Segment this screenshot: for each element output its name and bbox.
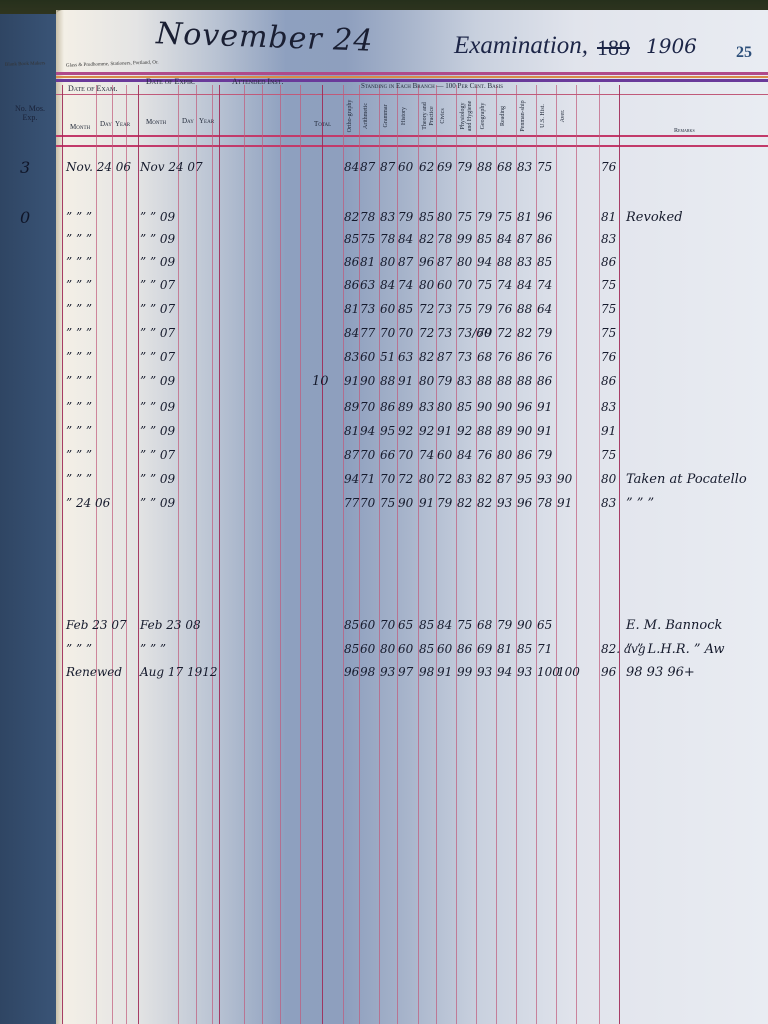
table-row: ” ” ”” ” 09868180879687809488838586 (56, 255, 768, 275)
score-cell: 84 (344, 326, 359, 340)
expir-date: ” ” 09 (140, 400, 175, 414)
score-cell: 68 (477, 350, 492, 364)
table-row: ” ” ”” ” 07866384748060707574847475 (56, 278, 768, 298)
average-value: 75 (601, 448, 616, 462)
date-of-expir-header: Date of Expir. (146, 77, 195, 86)
average-value: 75 (601, 278, 616, 292)
table-row: ” ” ”” ” 09857578848278998584878683 (56, 232, 768, 252)
subject-header: Civics (440, 98, 447, 134)
score-cell: 83 (344, 350, 359, 364)
total-value: 10 (312, 374, 329, 389)
table-row: Feb 23 07Feb 23 088560706585847568799065… (56, 618, 768, 638)
score-cell: 80 (380, 255, 395, 269)
left-page-printer: Blank Book Makers (5, 61, 45, 67)
score-cell: 91 (398, 374, 413, 388)
score-cell: 73 (360, 302, 375, 316)
score-cell: 72 (398, 472, 413, 486)
subject-header: Theory and Practice (422, 98, 436, 134)
score-cell: 85 (537, 255, 552, 269)
average-value: 80 (601, 472, 616, 486)
exam-date: ” ” ” (66, 472, 92, 486)
exam-date: Renewed (66, 665, 122, 679)
header-rule (56, 135, 768, 137)
score-cell: 80 (437, 400, 452, 414)
score-cell: 97 (398, 665, 413, 679)
score-cell: 79 (398, 210, 413, 224)
score-cell: 72 (419, 302, 434, 316)
score-cell: 91 (557, 496, 572, 510)
subject-header: Penman-ship (520, 98, 527, 134)
score-cell: 90 (557, 472, 572, 486)
remarks-text: E. M. Bannock (626, 618, 722, 633)
score-cell: 70 (380, 618, 395, 632)
score-cell: 89 (497, 424, 512, 438)
score-cell: 72 (497, 326, 512, 340)
average-value: 91 (601, 424, 616, 438)
score-cell: 60 (380, 302, 395, 316)
score-cell: 72 (437, 472, 452, 486)
score-cell: 91 (537, 400, 552, 414)
header-rule (56, 145, 768, 147)
score-cell: 88 (477, 374, 492, 388)
score-cell: 69 (437, 160, 452, 174)
score-cell: 88 (380, 374, 395, 388)
score-cell: 68 (477, 618, 492, 632)
table-row: ” ” ”” ” 0994717072807283828795939080Tak… (56, 472, 768, 492)
score-cell: 85 (344, 232, 359, 246)
score-cell: 75 (457, 210, 472, 224)
exam-date: ” ” ” (66, 326, 92, 340)
score-cell: 82 (517, 326, 532, 340)
table-row: ” ” ”” ” 0910919088918079838888888686 (56, 374, 768, 394)
score-cell: 68 (497, 160, 512, 174)
expir-date: Aug 17 1912 (140, 665, 218, 679)
expir-date: ” ” 07 (140, 278, 175, 292)
score-cell: 63 (398, 350, 413, 364)
score-cell: 85 (344, 618, 359, 632)
expir-date: ” ” 07 (140, 326, 175, 340)
exam-date: ” ” ” (66, 255, 92, 269)
score-cell: 96 (419, 255, 434, 269)
expir-date: ” ” 07 (140, 302, 175, 316)
score-cell: 75 (457, 302, 472, 316)
table-row: ” ” ”” ” 09897086898380859090969183 (56, 400, 768, 420)
score-cell: 84 (380, 278, 395, 292)
score-cell: 88 (477, 160, 492, 174)
score-cell: 99 (457, 665, 472, 679)
score-cell: 60 (437, 448, 452, 462)
score-cell: 87 (517, 232, 532, 246)
exam-date: ” ” ” (66, 350, 92, 364)
score-cell: 83 (517, 160, 532, 174)
average-value: 76 (601, 350, 616, 364)
score-cell: 80 (419, 278, 434, 292)
score-cell: 88 (497, 374, 512, 388)
score-cell: 94 (360, 424, 375, 438)
score-cell: 79 (437, 374, 452, 388)
score-cell: 93 (380, 665, 395, 679)
score-cell: 78 (380, 232, 395, 246)
subject-header: Grammar (383, 98, 390, 134)
score-cell: 79 (477, 326, 492, 340)
score-cell: 72 (419, 326, 434, 340)
expir-date: Nov 24 07 (140, 160, 203, 174)
score-cell: 70 (380, 472, 395, 486)
score-cell: 85 (457, 400, 472, 414)
score-cell: 75 (537, 160, 552, 174)
score-cell: 71 (360, 472, 375, 486)
average-value: 86 (601, 374, 616, 388)
exam-date: ” ” ” (66, 278, 92, 292)
page-number: 25 (736, 44, 752, 62)
table-row: ” ” ”” ” 09819495929291928889909191 (56, 424, 768, 444)
score-cell: 87 (398, 255, 413, 269)
expir-year-header: Year (199, 117, 214, 125)
score-cell: 100 (557, 665, 580, 679)
score-cell: 87 (344, 448, 359, 462)
score-cell: 90 (360, 374, 375, 388)
exam-date: Feb 23 07 (66, 618, 127, 632)
score-cell: 94 (497, 665, 512, 679)
exam-day-header: Day (100, 120, 112, 128)
score-cell: 95 (517, 472, 532, 486)
header-rule (56, 72, 768, 75)
score-cell: 80 (437, 210, 452, 224)
score-cell: 90 (477, 400, 492, 414)
score-cell: 79 (497, 618, 512, 632)
score-cell: 82 (477, 472, 492, 486)
score-cell: 60 (360, 350, 375, 364)
score-cell: 94 (477, 255, 492, 269)
expir-date: ” ” 09 (140, 472, 175, 486)
subject-header: Geography (480, 98, 487, 134)
written-year: 1906 (646, 34, 697, 58)
score-cell: 96 (344, 665, 359, 679)
score-cell: 78 (437, 232, 452, 246)
score-cell: 76 (477, 448, 492, 462)
score-cell: 78 (537, 496, 552, 510)
score-cell: 74 (419, 448, 434, 462)
score-cell: 71 (537, 642, 552, 656)
expir-date: ” ” 07 (140, 350, 175, 364)
score-cell: 88 (517, 374, 532, 388)
expir-month-header: Month (146, 118, 166, 126)
score-cell: 70 (360, 400, 375, 414)
expir-date: ” ” 09 (140, 255, 175, 269)
exam-date: ” ” ” (66, 210, 92, 224)
score-cell: 86 (380, 400, 395, 414)
score-cell: 87 (360, 160, 375, 174)
score-cell: 79 (477, 302, 492, 316)
score-cell: 93 (497, 496, 512, 510)
score-cell: 90 (398, 496, 413, 510)
score-cell: 94 (344, 472, 359, 486)
expir-date: ” ” 09 (140, 496, 175, 510)
score-cell: 90 (517, 424, 532, 438)
score-cell: 84 (517, 278, 532, 292)
score-cell: 75 (380, 496, 395, 510)
average-value: 96 (601, 665, 616, 679)
score-cell: 60 (398, 642, 413, 656)
score-cell: 83 (419, 400, 434, 414)
score-cell: 79 (437, 496, 452, 510)
score-cell: 79 (537, 448, 552, 462)
score-cell: 70 (398, 326, 413, 340)
score-cell: 80 (380, 642, 395, 656)
score-cell: 92 (398, 424, 413, 438)
score-cell: 91 (419, 496, 434, 510)
expir-day-header: Day (182, 117, 194, 125)
subject-header: Aver. (560, 98, 567, 134)
score-cell: 76 (537, 350, 552, 364)
score-cell: 82 (477, 496, 492, 510)
exam-date: ” ” ” (66, 400, 92, 414)
months-experience: 0 (20, 208, 30, 227)
score-cell: 70 (360, 448, 375, 462)
score-cell: 75 (457, 618, 472, 632)
score-cell: 75 (497, 210, 512, 224)
score-cell: 98 (360, 665, 375, 679)
score-cell: 84 (344, 160, 359, 174)
table-row: ” ” ”” ” 0784777070727373/607972827975 (56, 326, 768, 346)
exam-date: ” ” ” (66, 232, 92, 246)
score-cell: 60 (437, 642, 452, 656)
score-cell: 60 (360, 642, 375, 656)
score-cell: 92 (419, 424, 434, 438)
score-cell: 74 (537, 278, 552, 292)
score-cell: 82 (344, 210, 359, 224)
score-cell: 73 (437, 302, 452, 316)
table-row: ” ” ”” ” 07817360857273757976886475 (56, 302, 768, 322)
score-cell: 91 (344, 374, 359, 388)
score-cell: 93 (477, 665, 492, 679)
score-cell: 76 (497, 350, 512, 364)
score-cell: 87 (437, 255, 452, 269)
score-cell: 79 (457, 160, 472, 174)
score-cell: 99 (457, 232, 472, 246)
score-cell: 95 (380, 424, 395, 438)
score-cell: 85 (419, 210, 434, 224)
score-cell: 85 (477, 232, 492, 246)
score-cell: 96 (517, 496, 532, 510)
table-row: RenewedAug 17 19129698939798919993949310… (56, 665, 768, 685)
remarks-text: 98 93 96+ (626, 665, 695, 680)
score-cell: 88 (477, 424, 492, 438)
score-cell: 82 (419, 350, 434, 364)
score-cell: 84 (398, 232, 413, 246)
score-cell: 84 (497, 232, 512, 246)
score-cell: 80 (457, 255, 472, 269)
average-value: 83 (601, 232, 616, 246)
score-cell: 86 (537, 232, 552, 246)
score-cell: 88 (517, 302, 532, 316)
score-cell: 60 (437, 278, 452, 292)
header-rule (56, 94, 768, 95)
score-cell: 70 (360, 496, 375, 510)
score-cell: 73 (437, 326, 452, 340)
score-cell: 93 (517, 665, 532, 679)
remarks-header: Remarks (674, 128, 695, 134)
score-cell: 91 (437, 665, 452, 679)
expir-date: ” ” 09 (140, 232, 175, 246)
score-cell: 83 (457, 374, 472, 388)
score-cell: 86 (517, 350, 532, 364)
average-value: 75 (601, 326, 616, 340)
score-cell: 70 (398, 448, 413, 462)
remarks-text: ” ” ” (626, 496, 654, 511)
score-cell: 70 (380, 326, 395, 340)
exam-year-header: Year (115, 120, 130, 128)
score-cell: 64 (537, 302, 552, 316)
average-value: 76 (601, 160, 616, 174)
score-cell: 74 (398, 278, 413, 292)
score-cell: 81 (497, 642, 512, 656)
page-title: Examination, (454, 32, 588, 60)
average-value: 83 (601, 496, 616, 510)
score-cell: 83 (457, 472, 472, 486)
score-cell: 96 (517, 400, 532, 414)
exam-date: ” ” ” (66, 642, 92, 656)
score-cell: 70 (457, 278, 472, 292)
score-cell: 91 (437, 424, 452, 438)
score-cell: 93 (537, 472, 552, 486)
score-cell: 89 (344, 400, 359, 414)
remarks-text: ” ” L.H.R. ” Aw (626, 642, 725, 657)
score-cell: 80 (497, 448, 512, 462)
score-cell: 51 (380, 350, 395, 364)
expir-date: ” ” 09 (140, 374, 175, 388)
score-cell: 84 (437, 618, 452, 632)
subject-header: History (401, 98, 408, 134)
exam-date: ” ” ” (66, 424, 92, 438)
score-cell: 66 (380, 448, 395, 462)
subject-header: Reading (500, 98, 507, 134)
table-row: 3Nov. 24 06Nov 24 0784878760626979886883… (56, 160, 768, 180)
exam-month-header: Month (70, 123, 90, 131)
score-cell: 91 (537, 424, 552, 438)
score-cell: 60 (360, 618, 375, 632)
standing-header: Standing in Each Branch — 100 Per Cent. … (361, 82, 503, 90)
date-of-exam-header: Date of Exam. (68, 84, 117, 93)
remarks-text: Taken at Pocatello (626, 472, 747, 487)
printed-year-struck: 189 (597, 35, 630, 61)
table-row: ” ” ”” ” ”856080608560866981857182. avg”… (56, 642, 768, 662)
score-cell: 86 (517, 448, 532, 462)
average-value: 81 (601, 210, 616, 224)
expir-date: ” ” ” (140, 642, 166, 656)
printer-imprint: Glass & Prudhomme, Stationers, Portland,… (66, 60, 159, 68)
exam-date: ” 24 06 (66, 496, 110, 510)
average-value: 75 (601, 302, 616, 316)
score-cell: 85 (419, 642, 434, 656)
exam-date: Nov. 24 06 (66, 160, 131, 174)
score-cell: 90 (497, 400, 512, 414)
score-cell: 90 (517, 618, 532, 632)
subject-header: Physiology and Hygiene (460, 98, 474, 134)
score-cell: 81 (517, 210, 532, 224)
score-cell: 75 (477, 278, 492, 292)
score-cell: 63 (360, 278, 375, 292)
score-cell: 86 (344, 278, 359, 292)
score-cell: 83 (517, 255, 532, 269)
score-cell: 76 (497, 302, 512, 316)
score-cell: 88 (497, 255, 512, 269)
score-cell: 83 (380, 210, 395, 224)
expir-date: ” ” 09 (140, 424, 175, 438)
score-cell: 87 (437, 350, 452, 364)
score-cell: 85 (398, 302, 413, 316)
table-row: ” ” ”” ” 07877066707460847680867975 (56, 448, 768, 468)
score-cell: 85 (344, 642, 359, 656)
score-cell: 60 (398, 160, 413, 174)
score-cell: 69 (477, 642, 492, 656)
table-row: ” 24 06” ” 0977707590917982829396789183”… (56, 496, 768, 516)
score-cell: 86 (537, 374, 552, 388)
score-cell: 87 (497, 472, 512, 486)
score-cell: 84 (457, 448, 472, 462)
table-row: ” ” ”” ” 07836051638287736876867676 (56, 350, 768, 370)
remarks-text: Revoked (626, 210, 683, 225)
score-cell: 96 (537, 210, 552, 224)
exam-date-handwritten: November 24 (155, 16, 374, 59)
ledger-page: November 24 Examination, 189 1906 25 Gla… (56, 10, 768, 1024)
score-cell: 73 (457, 350, 472, 364)
expir-date: ” ” 09 (140, 210, 175, 224)
score-cell: 86 (344, 255, 359, 269)
exam-date: ” ” ” (66, 302, 92, 316)
score-cell: 65 (398, 618, 413, 632)
score-cell: 85 (419, 618, 434, 632)
expir-date: ” ” 07 (140, 448, 175, 462)
average-value: 86 (601, 255, 616, 269)
subject-header: Arithmetic (363, 98, 370, 134)
attended-inst-header: Attended Inst. (232, 77, 283, 86)
score-cell: 81 (360, 255, 375, 269)
subject-header: Ortho-graphy (347, 98, 354, 134)
score-cell: 74 (497, 278, 512, 292)
score-cell: 98 (419, 665, 434, 679)
score-cell: 75 (360, 232, 375, 246)
score-cell: 80 (419, 472, 434, 486)
score-cell: 92 (457, 424, 472, 438)
score-cell: 65 (537, 618, 552, 632)
score-cell: 78 (360, 210, 375, 224)
score-cell: 87 (380, 160, 395, 174)
score-cell: 81 (344, 424, 359, 438)
score-cell: 62 (419, 160, 434, 174)
total-header: Total (314, 120, 331, 128)
months-experience: 3 (20, 158, 30, 177)
score-cell: 79 (477, 210, 492, 224)
average-value: 83 (601, 400, 616, 414)
score-cell: 85 (517, 642, 532, 656)
exam-date: ” ” ” (66, 448, 92, 462)
score-cell: 77 (344, 496, 359, 510)
score-cell: 81 (344, 302, 359, 316)
score-cell: 86 (457, 642, 472, 656)
score-cell: 82 (457, 496, 472, 510)
score-cell: 77 (360, 326, 375, 340)
score-cell: 82 (419, 232, 434, 246)
table-row: 0” ” ”” ” 09827883798580757975819681Revo… (56, 210, 768, 230)
no-mos-exp-header: No. Mos. Exp. (10, 104, 50, 122)
score-cell: 79 (537, 326, 552, 340)
expir-date: Feb 23 08 (140, 618, 201, 632)
exam-date: ” ” ” (66, 374, 92, 388)
score-cell: 89 (398, 400, 413, 414)
score-cell: 80 (419, 374, 434, 388)
subject-header: U.S. Hist. (540, 98, 547, 134)
